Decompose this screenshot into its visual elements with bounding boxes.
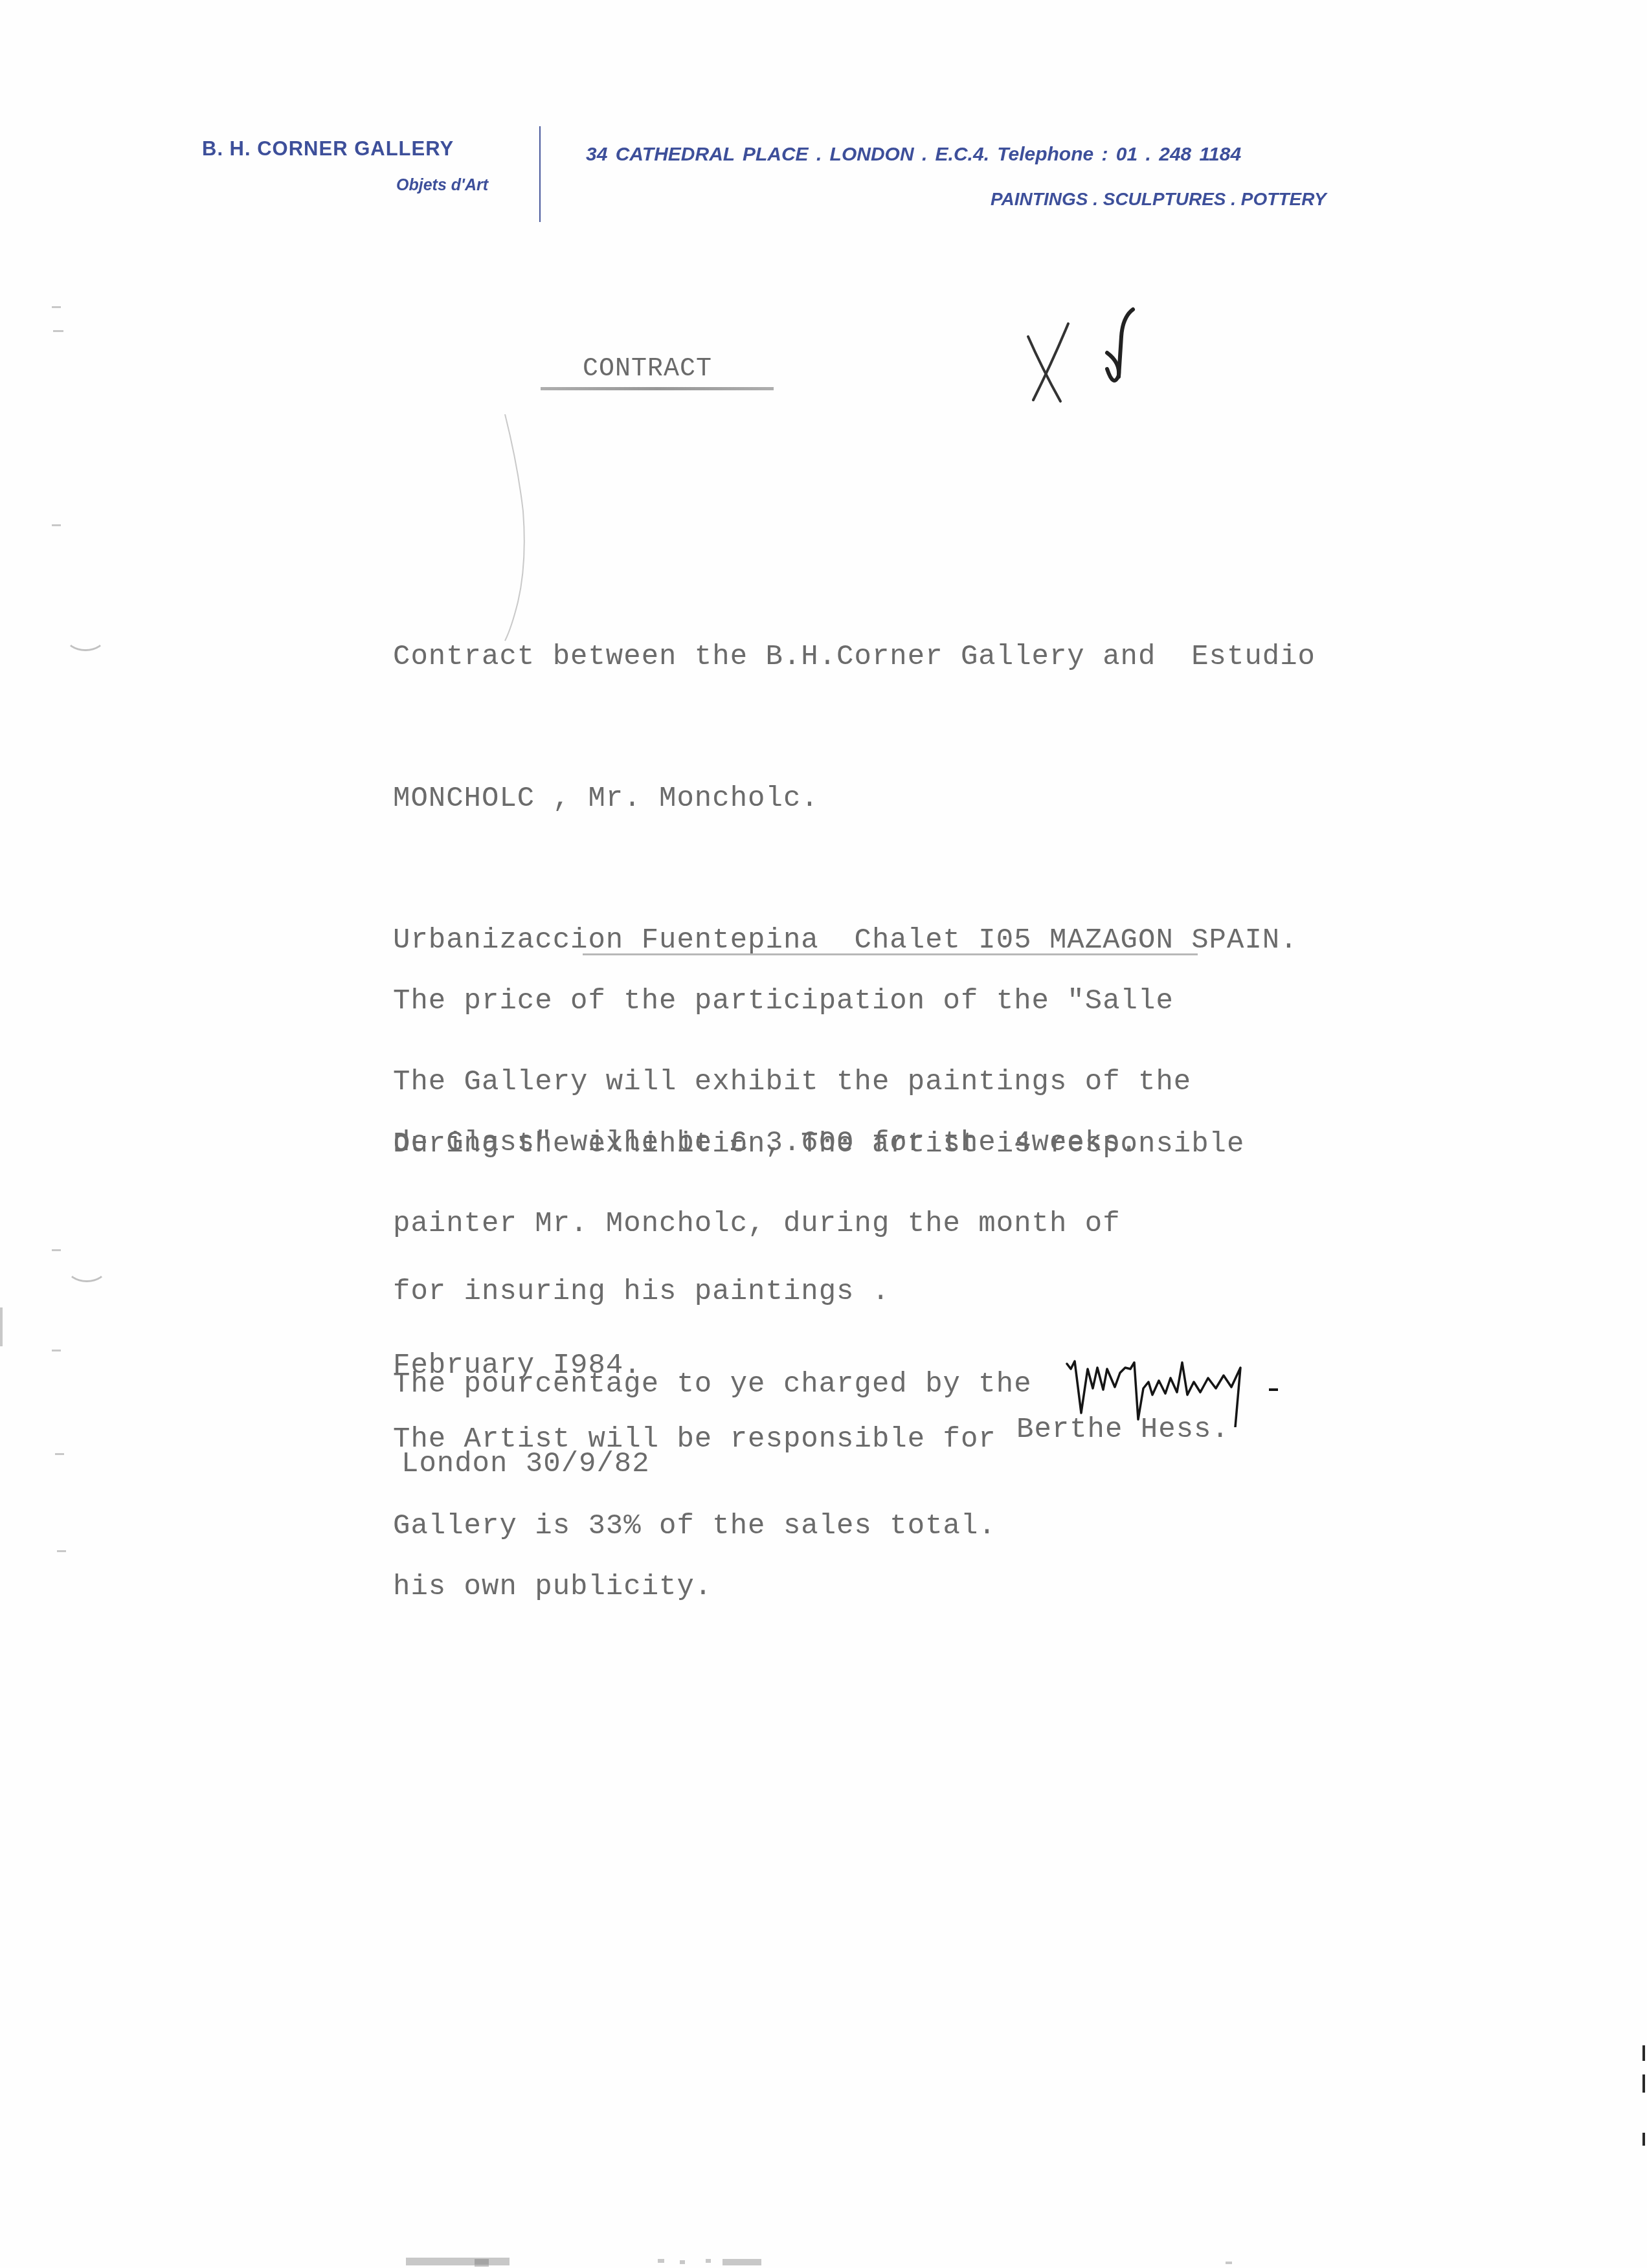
scan-mark — [52, 306, 61, 308]
scan-edge-mark — [680, 2260, 685, 2264]
scan-edge-mark — [1642, 2045, 1645, 2061]
scan-mark — [55, 1453, 64, 1455]
scan-edge-mark — [658, 2259, 664, 2263]
punch-hole-shadow — [65, 621, 106, 651]
title-underline — [541, 387, 774, 390]
scan-edge-mark — [475, 2259, 489, 2264]
text-line: Gallery is 33% of the sales total. — [393, 1503, 1032, 1550]
scan-edge-mark — [1642, 2133, 1645, 2146]
scan-edge-mark — [706, 2259, 711, 2263]
scan-mark — [52, 1350, 61, 1351]
scan-mark — [52, 1249, 61, 1251]
scan-mark — [52, 524, 61, 526]
text-line: MONCHOLC , Mr. Moncholc. — [393, 775, 1316, 823]
strike-through-line — [583, 953, 1198, 955]
document-title: CONTRACT — [583, 355, 712, 384]
scan-mark — [57, 1550, 66, 1552]
scan-edge-mark — [1642, 2074, 1645, 2093]
scan-edge-mark — [0, 1307, 3, 1346]
scan-mark — [53, 330, 63, 332]
scan-edge-mark — [723, 2259, 761, 2265]
signatory-name: Berthe Hess. — [1016, 1414, 1229, 1446]
gallery-name: B. H. CORNER GALLERY — [202, 137, 454, 161]
punch-hole-shadow — [66, 1252, 107, 1282]
gallery-specialties: PAINTINGS . SCULPTURES . POTTERY — [991, 189, 1327, 210]
text-line: During the exhihition, The artist is res… — [393, 1120, 1244, 1169]
scan-edge-mark — [406, 2258, 510, 2265]
gallery-address: 34 CATHEDRAL PLACE . LONDON . E.C.4. Tel… — [586, 144, 1241, 166]
handwritten-x-icon — [1028, 324, 1068, 401]
letterhead-divider — [539, 126, 541, 222]
scanned-letter-page: B. H. CORNER GALLERY Objets d'Art 34 CAT… — [0, 0, 1647, 2268]
scan-edge-mark — [1226, 2262, 1232, 2264]
text-line: The price of the participation of the "S… — [393, 978, 1174, 1025]
place-and-date: London 30/9/82 — [401, 1448, 650, 1480]
handwritten-check-icon — [1107, 309, 1133, 381]
text-line: The pourcentage to ye charged by the — [393, 1361, 1032, 1408]
gallery-tagline: Objets d'Art — [396, 176, 488, 195]
handwritten-marks — [1016, 304, 1185, 408]
paper-crease — [499, 414, 544, 647]
